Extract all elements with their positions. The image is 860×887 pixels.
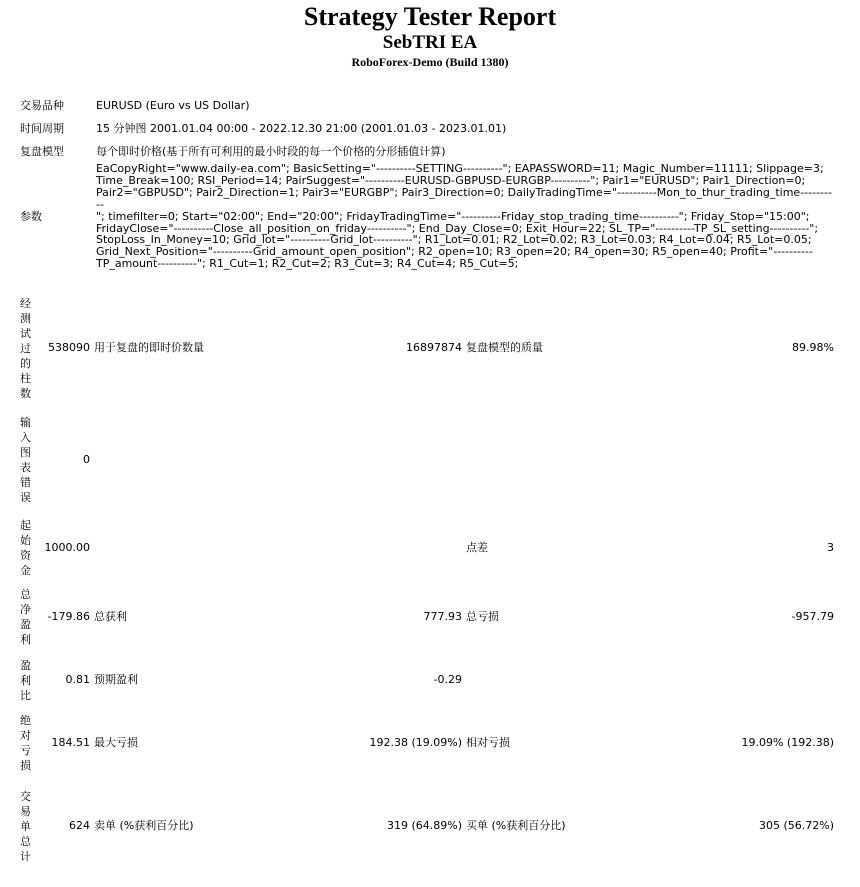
stats-row-net-profit: 总净盈利 -179.86 总获利 777.93 总亏损 -957.79	[18, 582, 836, 652]
stat-label: 起始资金	[18, 514, 36, 582]
stat-value: -957.79	[638, 582, 836, 652]
stats-row-drawdown: 绝对亏损 184.51 最大亏损 192.38 (19.09%) 相对亏损 19…	[18, 708, 836, 778]
stat-label: 经测试过的柱数	[18, 290, 36, 406]
model-row: 复盘模型 每个即时价格(基于所有可利用的最小时段的每一个价格的分形插值计算)	[18, 140, 836, 163]
stat-value: 0.81	[36, 652, 92, 708]
parameters-label: 参数	[18, 163, 94, 270]
stat-label: 预期盈利	[92, 652, 298, 708]
server-build: RoboForex-Demo (Build 1380)	[0, 54, 860, 70]
stats-row-errors: 输入图表错误 0	[18, 406, 836, 514]
stat-value: 0	[36, 406, 92, 514]
symbol-label: 交易品种	[18, 94, 94, 117]
stat-value: 89.98%	[638, 290, 836, 406]
stat-value	[298, 406, 464, 514]
stat-label: 总净盈利	[18, 582, 36, 652]
report-header: Strategy Tester Report SebTRI EA RoboFor…	[0, 0, 860, 70]
stats-row-total-trades: 交易单总计 624 卖单 (%获利百分比) 319 (64.89%) 买单 (%…	[18, 778, 836, 874]
stat-value: 305 (56.72%)	[638, 778, 836, 874]
stats-table: 经测试过的柱数 538090 用于复盘的即时价数量 16897874 复盘模型的…	[18, 290, 836, 874]
stat-value: 184.51	[36, 708, 92, 778]
stat-label: 输入图表错误	[18, 406, 36, 514]
stat-label: 复盘模型的质量	[464, 290, 638, 406]
report-table: 交易品种 EURUSD (Euro vs US Dollar) 时间周期 15 …	[18, 94, 836, 270]
stat-value: 624	[36, 778, 92, 874]
stat-label: 点差	[464, 514, 638, 582]
stat-label	[464, 652, 638, 708]
stat-label: 总获利	[92, 582, 298, 652]
symbol-value: EURUSD (Euro vs US Dollar)	[94, 94, 836, 117]
report-title: Strategy Tester Report	[0, 2, 860, 32]
stat-label: 总亏损	[464, 582, 638, 652]
period-row: 时间周期 15 分钟图 2001.01.04 00:00 - 2022.12.3…	[18, 117, 836, 140]
period-value: 15 分钟图 2001.01.04 00:00 - 2022.12.30 21:…	[94, 117, 836, 140]
stat-value: 1000.00	[36, 514, 92, 582]
stat-label	[92, 406, 298, 514]
stat-value: -179.86	[36, 582, 92, 652]
stat-value: 19.09% (192.38)	[638, 708, 836, 778]
stat-label: 最大亏损	[92, 708, 298, 778]
stat-label: 交易单总计	[18, 778, 36, 874]
stat-label	[464, 406, 638, 514]
ea-name: SebTRI EA	[0, 32, 860, 54]
stat-value: -0.29	[298, 652, 464, 708]
stat-value	[638, 652, 836, 708]
symbol-row: 交易品种 EURUSD (Euro vs US Dollar)	[18, 94, 836, 117]
model-value: 每个即时价格(基于所有可利用的最小时段的每一个价格的分形插值计算)	[94, 140, 836, 163]
stat-value: 16897874	[298, 290, 464, 406]
stat-value	[298, 514, 464, 582]
parameters-row: 参数 EaCopyRight="www.daily-ea.com"; Basic…	[18, 163, 836, 270]
stat-label: 盈利比	[18, 652, 36, 708]
parameters-line: "; timefilter=0; Start="02:00"; End="20:…	[96, 211, 834, 223]
parameters-value: EaCopyRight="www.daily-ea.com"; BasicSet…	[94, 163, 836, 270]
stat-value: 3	[638, 514, 836, 582]
stat-value	[638, 406, 836, 514]
stat-label: 买单 (%获利百分比)	[464, 778, 638, 874]
period-label: 时间周期	[18, 117, 94, 140]
stat-value: 777.93	[298, 582, 464, 652]
stat-value: 319 (64.89%)	[298, 778, 464, 874]
parameters-line: TP_amount----------"; R1_Cut=1; R2_Cut=2…	[96, 258, 834, 270]
stat-value: 538090	[36, 290, 92, 406]
stats-row-deposit: 起始资金 1000.00 点差 3	[18, 514, 836, 582]
stat-label: 卖单 (%获利百分比)	[92, 778, 298, 874]
stats-row-bars: 经测试过的柱数 538090 用于复盘的即时价数量 16897874 复盘模型的…	[18, 290, 836, 406]
stat-label: 用于复盘的即时价数量	[92, 290, 298, 406]
stat-label: 绝对亏损	[18, 708, 36, 778]
parameters-line: Pair2="GBPUSD"; Pair2_Direction=1; Pair3…	[96, 187, 834, 211]
stat-label: 相对亏损	[464, 708, 638, 778]
stat-label	[92, 514, 298, 582]
model-label: 复盘模型	[18, 140, 94, 163]
stat-value: 192.38 (19.09%)	[298, 708, 464, 778]
stats-row-profit-factor: 盈利比 0.81 预期盈利 -0.29	[18, 652, 836, 708]
